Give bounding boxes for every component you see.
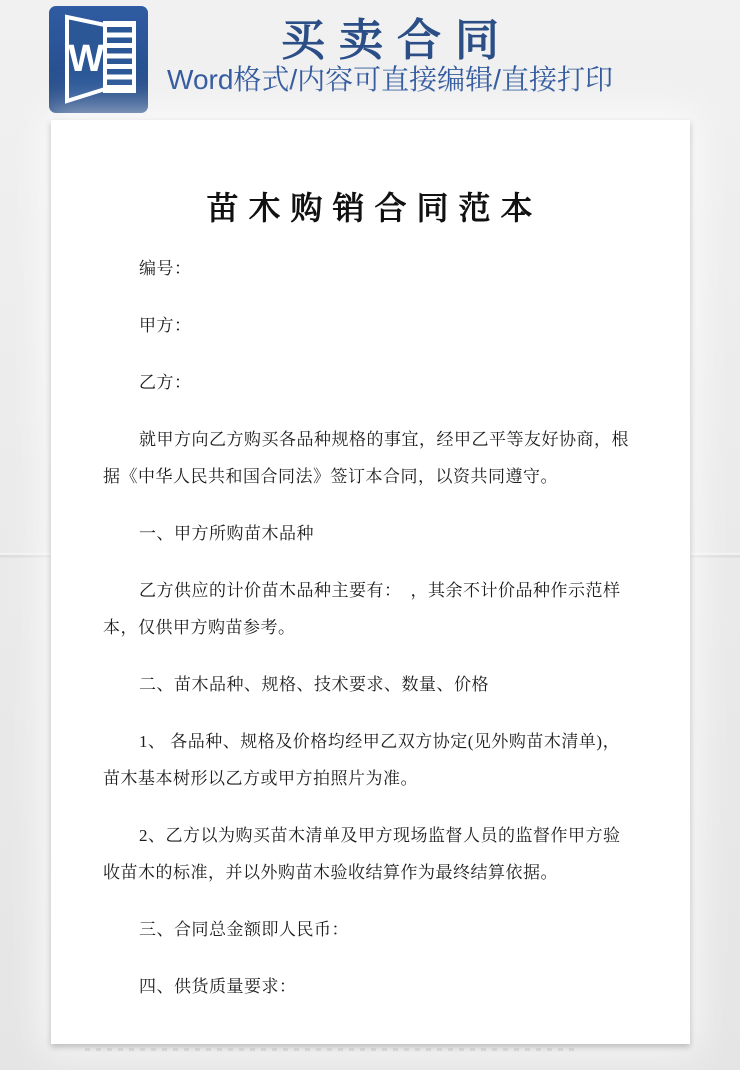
doc-paragraph-line: 收苗木的标准，并以外购苗木验收结算作为最终结算依据。	[103, 854, 636, 891]
doc-paragraph-line: 据《中华人民共和国合同法》签订本合同，以资共同遵守。	[103, 458, 636, 495]
doc-paragraph: 甲方：	[103, 307, 636, 344]
doc-paragraph-line: 一、甲方所购苗木品种	[103, 515, 636, 552]
document-title: 苗木购销合同范本	[103, 186, 636, 230]
doc-paragraph-line: 就甲方向乙方购买各品种规格的事宜，经甲乙平等友好协商，根	[103, 421, 636, 458]
doc-paragraph-line: 2、乙方以为购买苗木清单及甲方现场监督人员的监督作甲方验	[103, 817, 636, 854]
doc-paragraph: 三、合同总金额即人民币：	[103, 911, 636, 948]
doc-paragraph-line: 三、合同总金额即人民币：	[103, 911, 636, 948]
doc-paragraph: 1、 各品种、规格及价格均经甲乙双方协定(见外购苗木清单)，苗木基本树形以乙方或…	[103, 723, 636, 797]
doc-paragraph-line: 本，仅供甲方购苗参考。	[103, 609, 636, 646]
doc-paragraph: 就甲方向乙方购买各品种规格的事宜，经甲乙平等友好协商，根据《中华人民共和国合同法…	[103, 421, 636, 495]
banner-title: 买卖合同	[20, 0, 740, 64]
doc-paragraph: 一、甲方所购苗木品种	[103, 515, 636, 552]
doc-paragraph-line: 乙方：	[103, 364, 636, 401]
doc-paragraph: 2、乙方以为购买苗木清单及甲方现场监督人员的监督作甲方验收苗木的标准，并以外购苗…	[103, 817, 636, 891]
doc-paragraph-line: 乙方供应的计价苗木品种主要有： ，其余不计价品种作示范样	[103, 572, 636, 609]
doc-paragraph: 四、供货质量要求：	[103, 968, 636, 1005]
doc-paragraph-line: 二、苗木品种、规格、技术要求、数量、价格	[103, 666, 636, 703]
header-text-block: 买卖合同 Word格式/内容可直接编辑/直接打印	[20, 0, 740, 96]
doc-paragraph-line: 编号：	[103, 250, 636, 287]
doc-paragraph: 乙方供应的计价苗木品种主要有： ，其余不计价品种作示范样本，仅供甲方购苗参考。	[103, 572, 636, 646]
doc-paragraph: 二、苗木品种、规格、技术要求、数量、价格	[103, 666, 636, 703]
doc-body: 编号：甲方：乙方：就甲方向乙方购买各品种规格的事宜，经甲乙平等友好协商，根据《中…	[103, 250, 636, 1005]
doc-paragraph-line: 四、供货质量要求：	[103, 968, 636, 1005]
doc-paragraph: 编号：	[103, 250, 636, 287]
doc-paragraph: 乙方：	[103, 364, 636, 401]
site-header: W 买卖合同 Word格式/内容可直接编辑/直接打印	[0, 0, 740, 120]
document-page: 苗木购销合同范本 编号：甲方：乙方：就甲方向乙方购买各品种规格的事宜，经甲乙平等…	[51, 120, 690, 1044]
doc-paragraph-line: 苗木基本树形以乙方或甲方拍照片为准。	[103, 760, 636, 797]
banner-subtitle: Word格式/内容可直接编辑/直接打印	[20, 64, 740, 96]
doc-paragraph-line: 1、 各品种、规格及价格均经甲乙双方协定(见外购苗木清单)，	[103, 723, 636, 760]
faint-watermark-line	[85, 1048, 580, 1051]
doc-paragraph-line: 甲方：	[103, 307, 636, 344]
